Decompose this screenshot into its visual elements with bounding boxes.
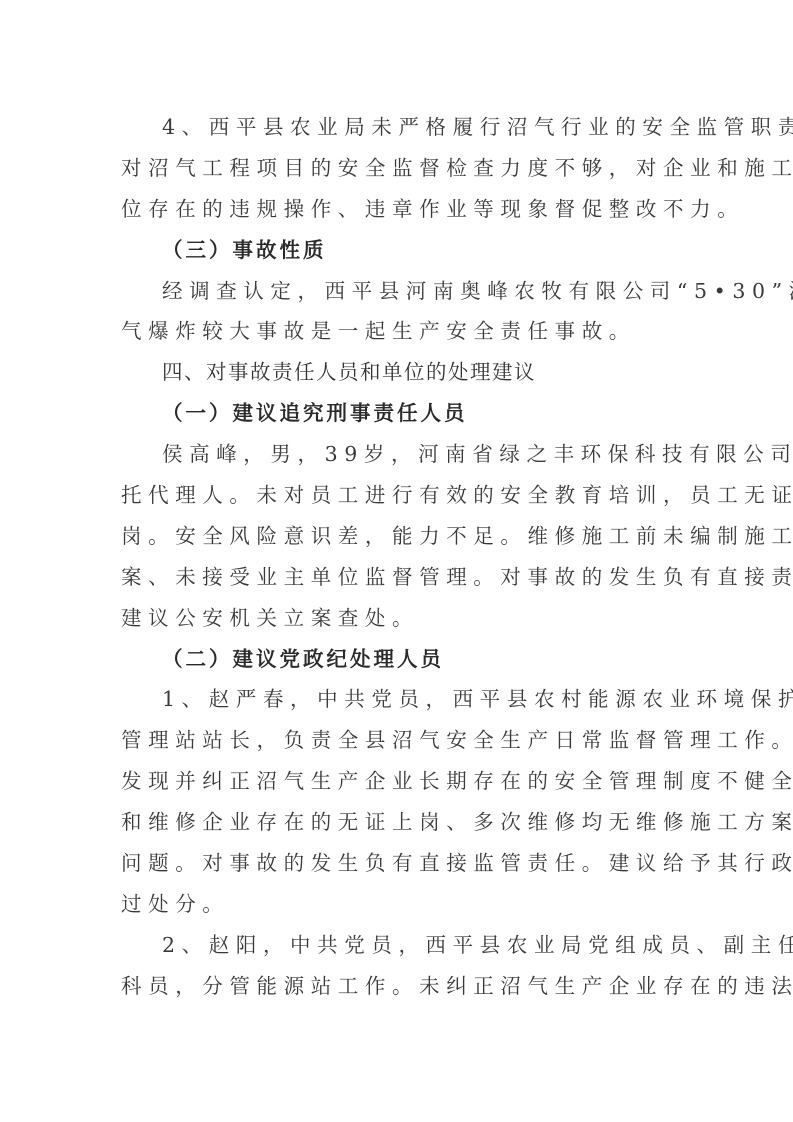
paragraph-line: 问题。对事故的发生负有直接监管责任。建议给予其行政记 xyxy=(121,843,676,884)
document-page: 4、西平县农业局未严格履行沼气行业的安全监管职责， 对沼气工程项目的安全监督检查… xyxy=(121,107,676,1007)
paragraph-line: 过处分。 xyxy=(121,884,676,925)
paragraph-line: 建议公安机关立案查处。 xyxy=(121,598,676,639)
paragraph-line: 2、赵阳，中共党员，西平县农业局党组成员、副主任 xyxy=(121,925,676,966)
paragraph-line: 岗。安全风险意识差，能力不足。维修施工前未编制施工方 xyxy=(121,516,676,557)
paragraph-line: 托代理人。未对员工进行有效的安全教育培训，员工无证上 xyxy=(121,475,676,516)
section-heading-party-discipline: （二）建议党政纪处理人员 xyxy=(121,639,676,680)
chapter-heading-handling-suggestions: 四、对事故责任人员和单位的处理建议 xyxy=(121,352,676,393)
paragraph-line: 科员，分管能源站工作。未纠正沼气生产企业存在的违法建 xyxy=(121,966,676,1007)
paragraph-line: 对沼气工程项目的安全监督检查力度不够，对企业和施工单 xyxy=(121,148,676,189)
paragraph-line: 1、赵严春，中共党员，西平县农村能源农业环境保护 xyxy=(121,679,676,720)
paragraph-line: 位存在的违规操作、违章作业等现象督促整改不力。 xyxy=(121,189,676,230)
paragraph-line: 案、未接受业主单位监督管理。对事故的发生负有直接责任， xyxy=(121,557,676,598)
paragraph-line: 4、西平县农业局未严格履行沼气行业的安全监管职责， xyxy=(121,107,676,148)
paragraph-line: 管理站站长，负责全县沼气安全生产日常监督管理工作。未 xyxy=(121,720,676,761)
paragraph-line: 侯高峰，男，39岁，河南省绿之丰环保科技有限公司委 xyxy=(121,434,676,475)
section-heading-accident-nature: （三）事故性质 xyxy=(121,230,676,271)
section-heading-criminal-liability: （一）建议追究刑事责任人员 xyxy=(121,393,676,434)
paragraph-line: 经调查认定，西平县河南奥峰农牧有限公司“5•30”沼 xyxy=(121,271,676,312)
paragraph-line: 发现并纠正沼气生产企业长期存在的安全管理制度不健全 xyxy=(121,761,676,802)
paragraph-line: 气爆炸较大事故是一起生产安全责任事故。 xyxy=(121,311,676,352)
paragraph-line: 和维修企业存在的无证上岗、多次维修均无维修施工方案等 xyxy=(121,802,676,843)
